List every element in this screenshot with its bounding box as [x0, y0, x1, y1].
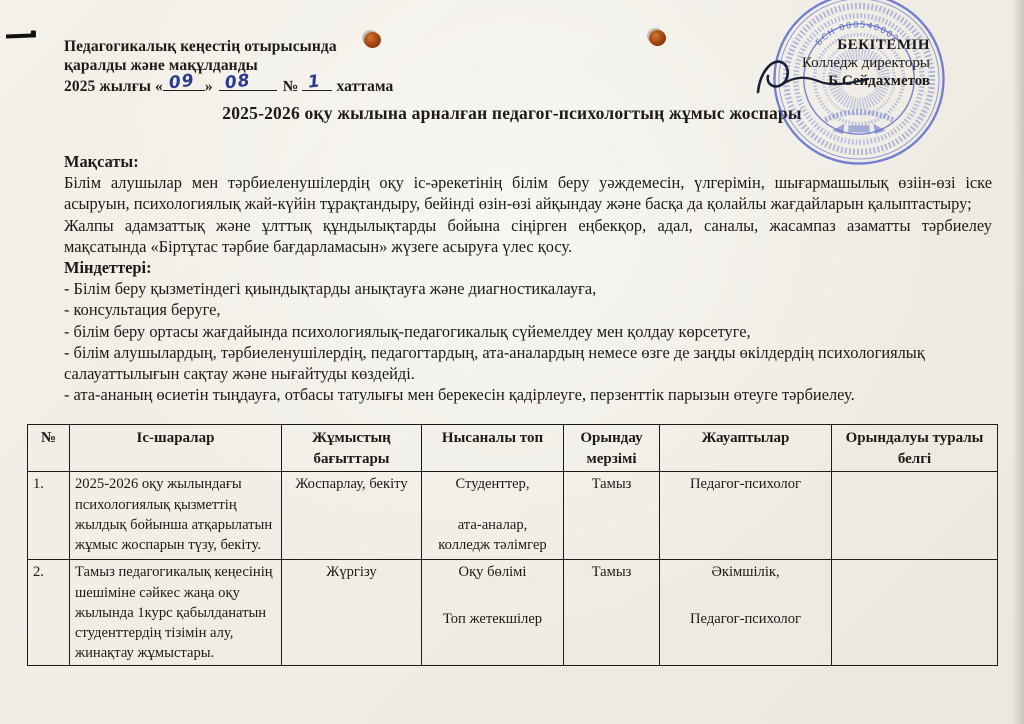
- row2-term: Тамыз: [564, 560, 660, 666]
- task-item-3: - білім беру ортасы жағдайында психологи…: [64, 321, 992, 342]
- col-header-term: Орындау мерзімі: [564, 425, 660, 472]
- row1-mark: [832, 472, 998, 560]
- work-plan-table: № Іс-шаралар Жұмыстың бағыттары Нысаналы…: [27, 424, 998, 666]
- close-quote: »: [205, 78, 213, 95]
- row1-target: Студенттер, ата-аналар, колледж тәлімгер: [422, 472, 564, 560]
- col-header-mark: Орындалуы туралы белгі: [832, 425, 998, 472]
- goal-label: Мақсаты:: [64, 151, 992, 172]
- handwritten-day: 09: [168, 72, 196, 94]
- row2-direction: Жүргізу: [282, 560, 422, 666]
- row1-no: 1.: [28, 472, 70, 560]
- col-header-no: №: [28, 425, 70, 472]
- handwritten-protocol-number: 1: [307, 72, 322, 92]
- row1-target-line1: Студенттер,: [427, 474, 558, 494]
- spacer: [427, 495, 558, 515]
- row2-target: Оқу бөлімі Топ жетекшілер: [422, 560, 564, 666]
- date-month-blank: 08: [219, 77, 277, 91]
- date-day-blank: 09: [163, 77, 205, 91]
- row2-no: 2.: [28, 560, 70, 666]
- handwritten-month: 08: [224, 72, 252, 94]
- col-header-direction: Жұмыстың бағыттары: [282, 425, 422, 472]
- protocol-date-prefix: 2025 жылғы «: [64, 78, 163, 95]
- row2-activity: Тамыз педагогикалық кеңесінің шешіміне с…: [70, 560, 282, 666]
- col-header-target: Нысаналы топ: [422, 425, 564, 472]
- tasks-label: Міндеттері:: [64, 257, 992, 278]
- protocol-number-blank: 1: [302, 77, 332, 91]
- row1-activity: 2025-2026 оқу жылындағы психологиялық қы…: [70, 472, 282, 560]
- protocol-line-3: 2025 жылғы «09»08№1хаттама: [64, 77, 393, 96]
- row1-responsible: Педагог-психолог: [660, 472, 832, 560]
- task-item-1: - Білім беру қызметіндегі қиындықтарды а…: [64, 278, 992, 299]
- row1-direction: Жоспарлау, бекіту: [282, 472, 422, 560]
- row2-target-line1: Оқу бөлімі: [427, 562, 558, 582]
- task-item-2: - консультация беруге,: [64, 299, 992, 320]
- row2-mark: [832, 560, 998, 666]
- spacer: [665, 583, 826, 609]
- document-title: 2025-2026 оқу жылына арналған педагог-пс…: [0, 103, 1024, 124]
- director-signature: [752, 52, 922, 104]
- paper-fastener-right: [649, 30, 666, 46]
- row1-target-line3: колледж тәлімгер: [427, 535, 558, 555]
- table-row: 2. Тамыз педагогикалық кеңесінің шешімін…: [28, 560, 998, 666]
- col-header-responsible: Жауаптылар: [660, 425, 832, 472]
- row1-target-line2: ата-аналар,: [427, 515, 558, 535]
- protocol-suffix: хаттама: [336, 78, 393, 95]
- row2-responsible: Әкімшілік, Педагог-психолог: [660, 560, 832, 666]
- table-header-row: № Іс-шаралар Жұмыстың бағыттары Нысаналы…: [28, 425, 998, 472]
- table-row: 1. 2025-2026 оқу жылындағы психологиялық…: [28, 472, 998, 560]
- document-body: Мақсаты: Білім алушылар мен тәрбиеленуші…: [64, 151, 992, 405]
- row2-target-line2: Топ жетекшілер: [427, 609, 558, 629]
- row2-responsible-line1: Әкімшілік,: [665, 562, 826, 582]
- row2-responsible-line2: Педагог-психолог: [665, 609, 826, 629]
- col-header-activity: Іс-шаралар: [70, 425, 282, 472]
- task-item-4: - білім алушылардың, тәрбиеленушілердің,…: [64, 342, 992, 384]
- protocol-header: Педагогикалық кеңестің отырысында қаралд…: [64, 37, 393, 96]
- row1-responsible-line1: Педагог-психолог: [665, 474, 826, 494]
- spacer: [427, 583, 558, 609]
- number-sign: №: [283, 78, 299, 95]
- corner-ink-mark: [6, 34, 32, 39]
- goal-paragraph-2: Жалпы адамзаттық және ұлттық құндылықтар…: [64, 215, 992, 257]
- task-item-5: - ата-ананың өсиетін тыңдауға, отбасы та…: [64, 384, 992, 405]
- row1-term: Тамыз: [564, 472, 660, 560]
- protocol-line-1: Педагогикалық кеңестің отырысында: [64, 37, 393, 56]
- goal-paragraph-1: Білім алушылар мен тәрбиеленушілердің оқ…: [64, 172, 992, 214]
